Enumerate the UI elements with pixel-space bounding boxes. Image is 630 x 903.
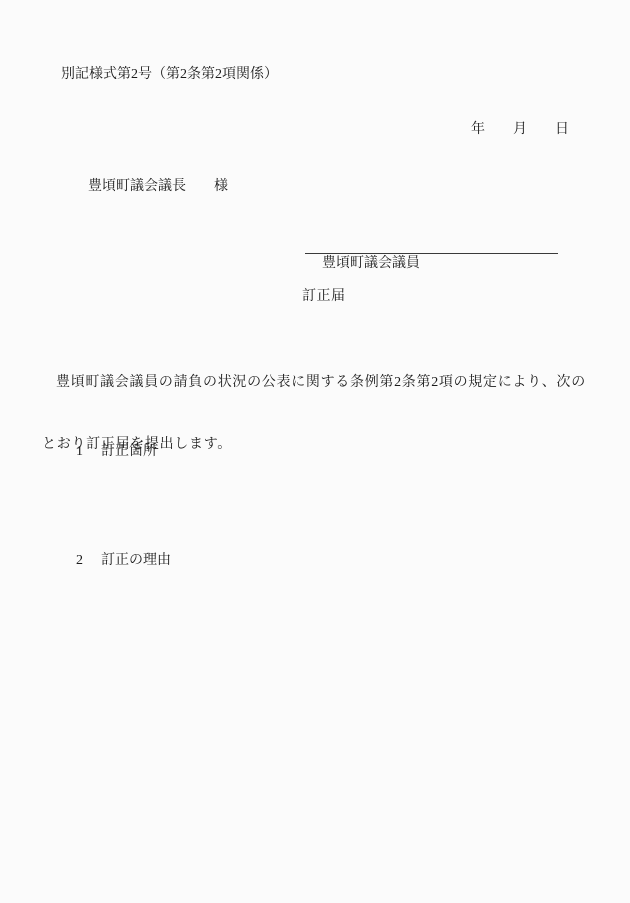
body-line-1: 豊頃町議会議員の請負の状況の公表に関する条例第2条第2項の規定により、次の <box>42 368 594 398</box>
document-page: 別記様式第2号（第2条第2項関係） 年 月 日 豊頃町議会議長 様 豊頃町議会議… <box>0 0 630 903</box>
document-title: 訂正届 <box>302 289 346 304</box>
item-correction-location: 1訂正箇所 <box>62 429 157 474</box>
item-label: 訂正箇所 <box>101 444 157 459</box>
item-label: 訂正の理由 <box>101 553 171 568</box>
member-signature-field: 豊頃町議会議員 <box>305 234 558 254</box>
member-signature-label: 豊頃町議会議員 <box>322 256 420 271</box>
addressee-line: 豊頃町議会議長 様 <box>88 179 228 194</box>
item-number: 1 <box>76 444 101 459</box>
date-line: 年 月 日 <box>471 122 569 137</box>
form-number: 別記様式第2号（第2条第2項関係） <box>61 67 278 82</box>
item-correction-reason: 2訂正の理由 <box>62 538 171 583</box>
item-number: 2 <box>76 553 101 568</box>
